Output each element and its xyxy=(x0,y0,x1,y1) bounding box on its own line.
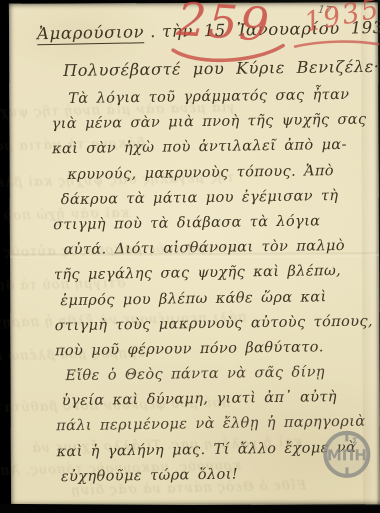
dateline-separator: . xyxy=(144,22,162,41)
library-stamp-icon: ΜΠΗ Σ xyxy=(322,429,372,479)
place-name: Ἀμαρούσιον xyxy=(37,22,145,45)
red-archive-number: 259 xyxy=(176,0,273,48)
svg-text:Σ: Σ xyxy=(352,436,358,445)
scan-edge-bottom xyxy=(0,504,380,513)
salutation: Πολυσέβαστέ μου Κύριε Βενιζέλε· xyxy=(63,57,380,80)
svg-text:ΜΠΗ: ΜΠΗ xyxy=(327,446,367,464)
letter-paper: γιὰ μένα σὰν μιὰ πνοὴ τῆς ψυχῆς σας δάκρ… xyxy=(9,2,380,506)
